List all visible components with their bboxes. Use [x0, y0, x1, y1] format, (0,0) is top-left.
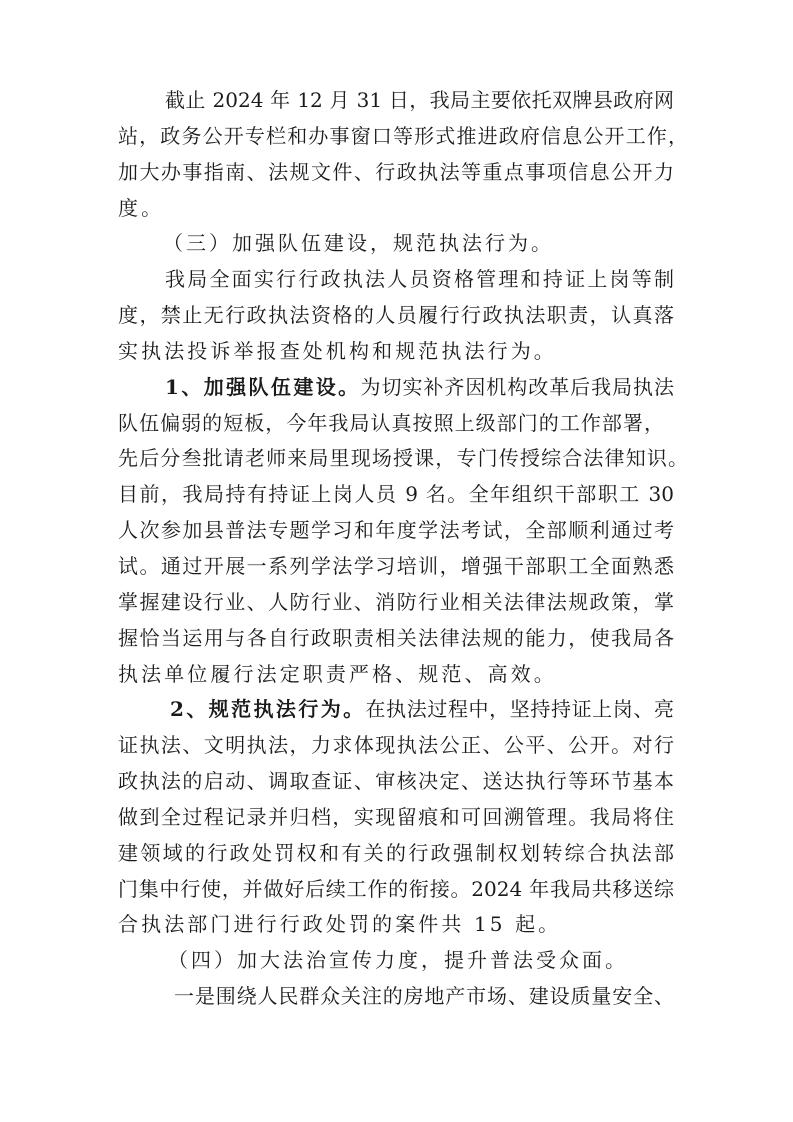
- paragraph-line: 目前，我局持有持证上岗人员 9 名。全年组织干部职工 30: [118, 477, 674, 513]
- paragraph-line: 我局全面实行行政执法人员资格管理和持证上岗等制: [118, 262, 674, 298]
- paragraph-line: 实执法投诉举报查处机构和规范执法行为。: [118, 334, 674, 370]
- document-body: 截止 2024 年 12 月 31 日，我局主要依托双牌县政府网 站，政务公开专…: [118, 83, 674, 1015]
- paragraph-line: 站，政务公开专栏和办事窗口等形式推进政府信息公开工作，: [118, 119, 688, 155]
- paragraph-line: 队伍偏弱的短板，今年我局认真按照上级部门的工作部署，: [118, 406, 664, 442]
- paragraph-text: 为切实补齐因机构改革后我局执法: [361, 370, 674, 406]
- paragraph-line: 证执法、文明执法，力求体现执法公正、公平、公开。对行: [118, 728, 674, 764]
- paragraph-line: 2、规范执法行为。在执法过程中，坚持持证上岗、亮: [118, 692, 674, 728]
- paragraph-line: 度。: [118, 191, 674, 227]
- section-heading: （四）加大法治宣传力度，提升普法受众面。: [118, 943, 674, 979]
- paragraph-line: 度，禁止无行政执法资格的人员履行行政执法职责，认真落: [118, 298, 674, 334]
- paragraph-line: 建领域的行政处罚权和有关的行政强制权划转综合执法部: [118, 836, 674, 872]
- paragraph-line: 截止 2024 年 12 月 31 日，我局主要依托双牌县政府网: [118, 83, 674, 119]
- paragraph-line: 执法单位履行法定职责严格、规范、高效。: [118, 657, 674, 693]
- paragraph-line: 政执法的启动、调取查证、审核决定、送达执行等环节基本: [118, 764, 674, 800]
- paragraph-line: 试。通过开展一系列学法学习培训，增强干部职工全面熟悉: [118, 549, 674, 585]
- paragraph-text: 在执法过程中，坚持持证上岗、亮: [366, 692, 674, 728]
- paragraph-line: 做到全过程记录并归档，实现留痕和可回溯管理。我局将住: [118, 800, 674, 836]
- subsection-lead: 2、规范执法行为。: [170, 692, 366, 728]
- paragraph-line: 门集中行使，并做好后续工作的衔接。2024 年我局共移送综: [118, 872, 674, 908]
- paragraph-line: 1、加强队伍建设。为切实补齐因机构改革后我局执法: [118, 370, 674, 406]
- paragraph-line: 先后分叁批请老师来局里现场授课，专门传授综合法律知识。: [118, 441, 688, 477]
- subsection-lead: 1、加强队伍建设。: [165, 370, 361, 406]
- paragraph-line: 合执法部门进行行政处罚的案件共 15 起。: [118, 907, 674, 943]
- paragraph-line: 人次参加县普法专题学习和年度学法考试，全部顺利通过考: [118, 513, 674, 549]
- document-page: 截止 2024 年 12 月 31 日，我局主要依托双牌县政府网 站，政务公开专…: [0, 0, 793, 1122]
- section-heading: （三）加强队伍建设，规范执法行为。: [118, 226, 674, 262]
- paragraph-line: 握恰当运用与各自行政职责相关法律法规的能力，使我局各: [118, 621, 674, 657]
- paragraph-line: 加大办事指南、法规文件、行政执法等重点事项信息公开力: [118, 155, 674, 191]
- paragraph-line: 掌握建设行业、人防行业、消防行业相关法律法规政策，掌: [118, 585, 674, 621]
- paragraph-line: 一是围绕人民群众关注的房地产市场、建设质量安全、: [118, 979, 674, 1015]
